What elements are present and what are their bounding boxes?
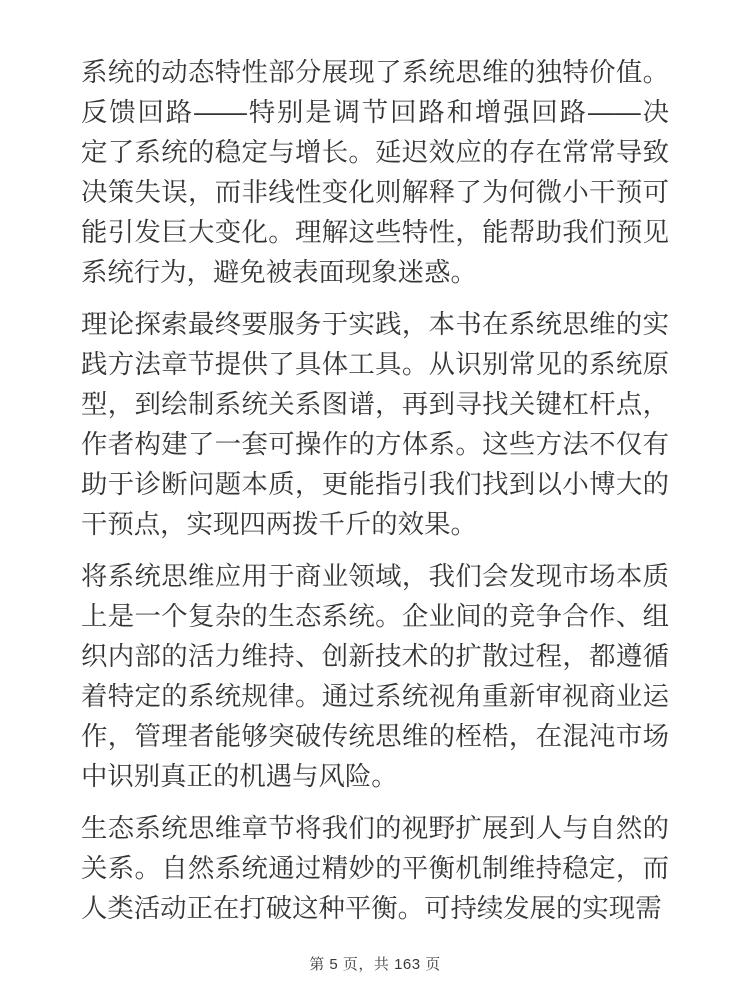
text-line: 中识别真正的机遇与风险。 [81,756,669,796]
paragraph: 理论探索最终要服务于实践，本书在系统思维的实践方法章节提供了具体工具。从识别常见… [81,304,669,544]
text-line: 能引发巨大变化。理解这些特性，能帮助我们预见 [81,212,669,252]
text-line: 作者构建了一套可操作的方体系。这些方法不仅有 [81,424,669,464]
text-line: 关系。自然系统通过精妙的平衡机制维持稳定，而 [81,848,669,888]
document-content: 系统的动态特性部分展现了系统思维的独特价值。反馈回路——特别是调节回路和增强回路… [81,52,669,940]
text-line: 人类活动正在打破这种平衡。可持续发展的实现需 [81,888,669,928]
text-line: 生态系统思维章节将我们的视野扩展到人与自然的 [81,808,669,848]
text-line: 系统的动态特性部分展现了系统思维的独特价值。 [81,52,669,92]
text-line: 助于诊断问题本质，更能指引我们找到以小博大的 [81,464,669,504]
text-line: 干预点，实现四两拨千斤的效果。 [81,504,669,544]
text-line: 作，管理者能够突破传统思维的桎梏，在混沌市场 [81,716,669,756]
page-indicator: 第 5 页，共 163 页 [0,953,750,974]
text-line: 上是一个复杂的生态系统。企业间的竞争合作、组 [81,596,669,636]
text-line: 将系统思维应用于商业领域，我们会发现市场本质 [81,556,669,596]
paragraph: 将系统思维应用于商业领域，我们会发现市场本质上是一个复杂的生态系统。企业间的竞争… [81,556,669,796]
text-line: 定了系统的稳定与增长。延迟效应的存在常常导致 [81,132,669,172]
text-line: 织内部的活力维持、创新技术的扩散过程，都遵循 [81,636,669,676]
text-line: 型，到绘制系统关系图谱，再到寻找关键杠杆点， [81,384,669,424]
text-line: 决策失误，而非线性变化则解释了为何微小干预可 [81,172,669,212]
text-line: 理论探索最终要服务于实践，本书在系统思维的实 [81,304,669,344]
document-page: 系统的动态特性部分展现了系统思维的独特价值。反馈回路——特别是调节回路和增强回路… [0,0,750,1000]
paragraph: 生态系统思维章节将我们的视野扩展到人与自然的关系。自然系统通过精妙的平衡机制维持… [81,808,669,928]
text-line: 践方法章节提供了具体工具。从识别常见的系统原 [81,344,669,384]
text-line: 着特定的系统规律。通过系统视角重新审视商业运 [81,676,669,716]
text-line: 反馈回路——特别是调节回路和增强回路——决 [81,92,669,132]
paragraph: 系统的动态特性部分展现了系统思维的独特价值。反馈回路——特别是调节回路和增强回路… [81,52,669,292]
text-line: 系统行为，避免被表面现象迷惑。 [81,252,669,292]
